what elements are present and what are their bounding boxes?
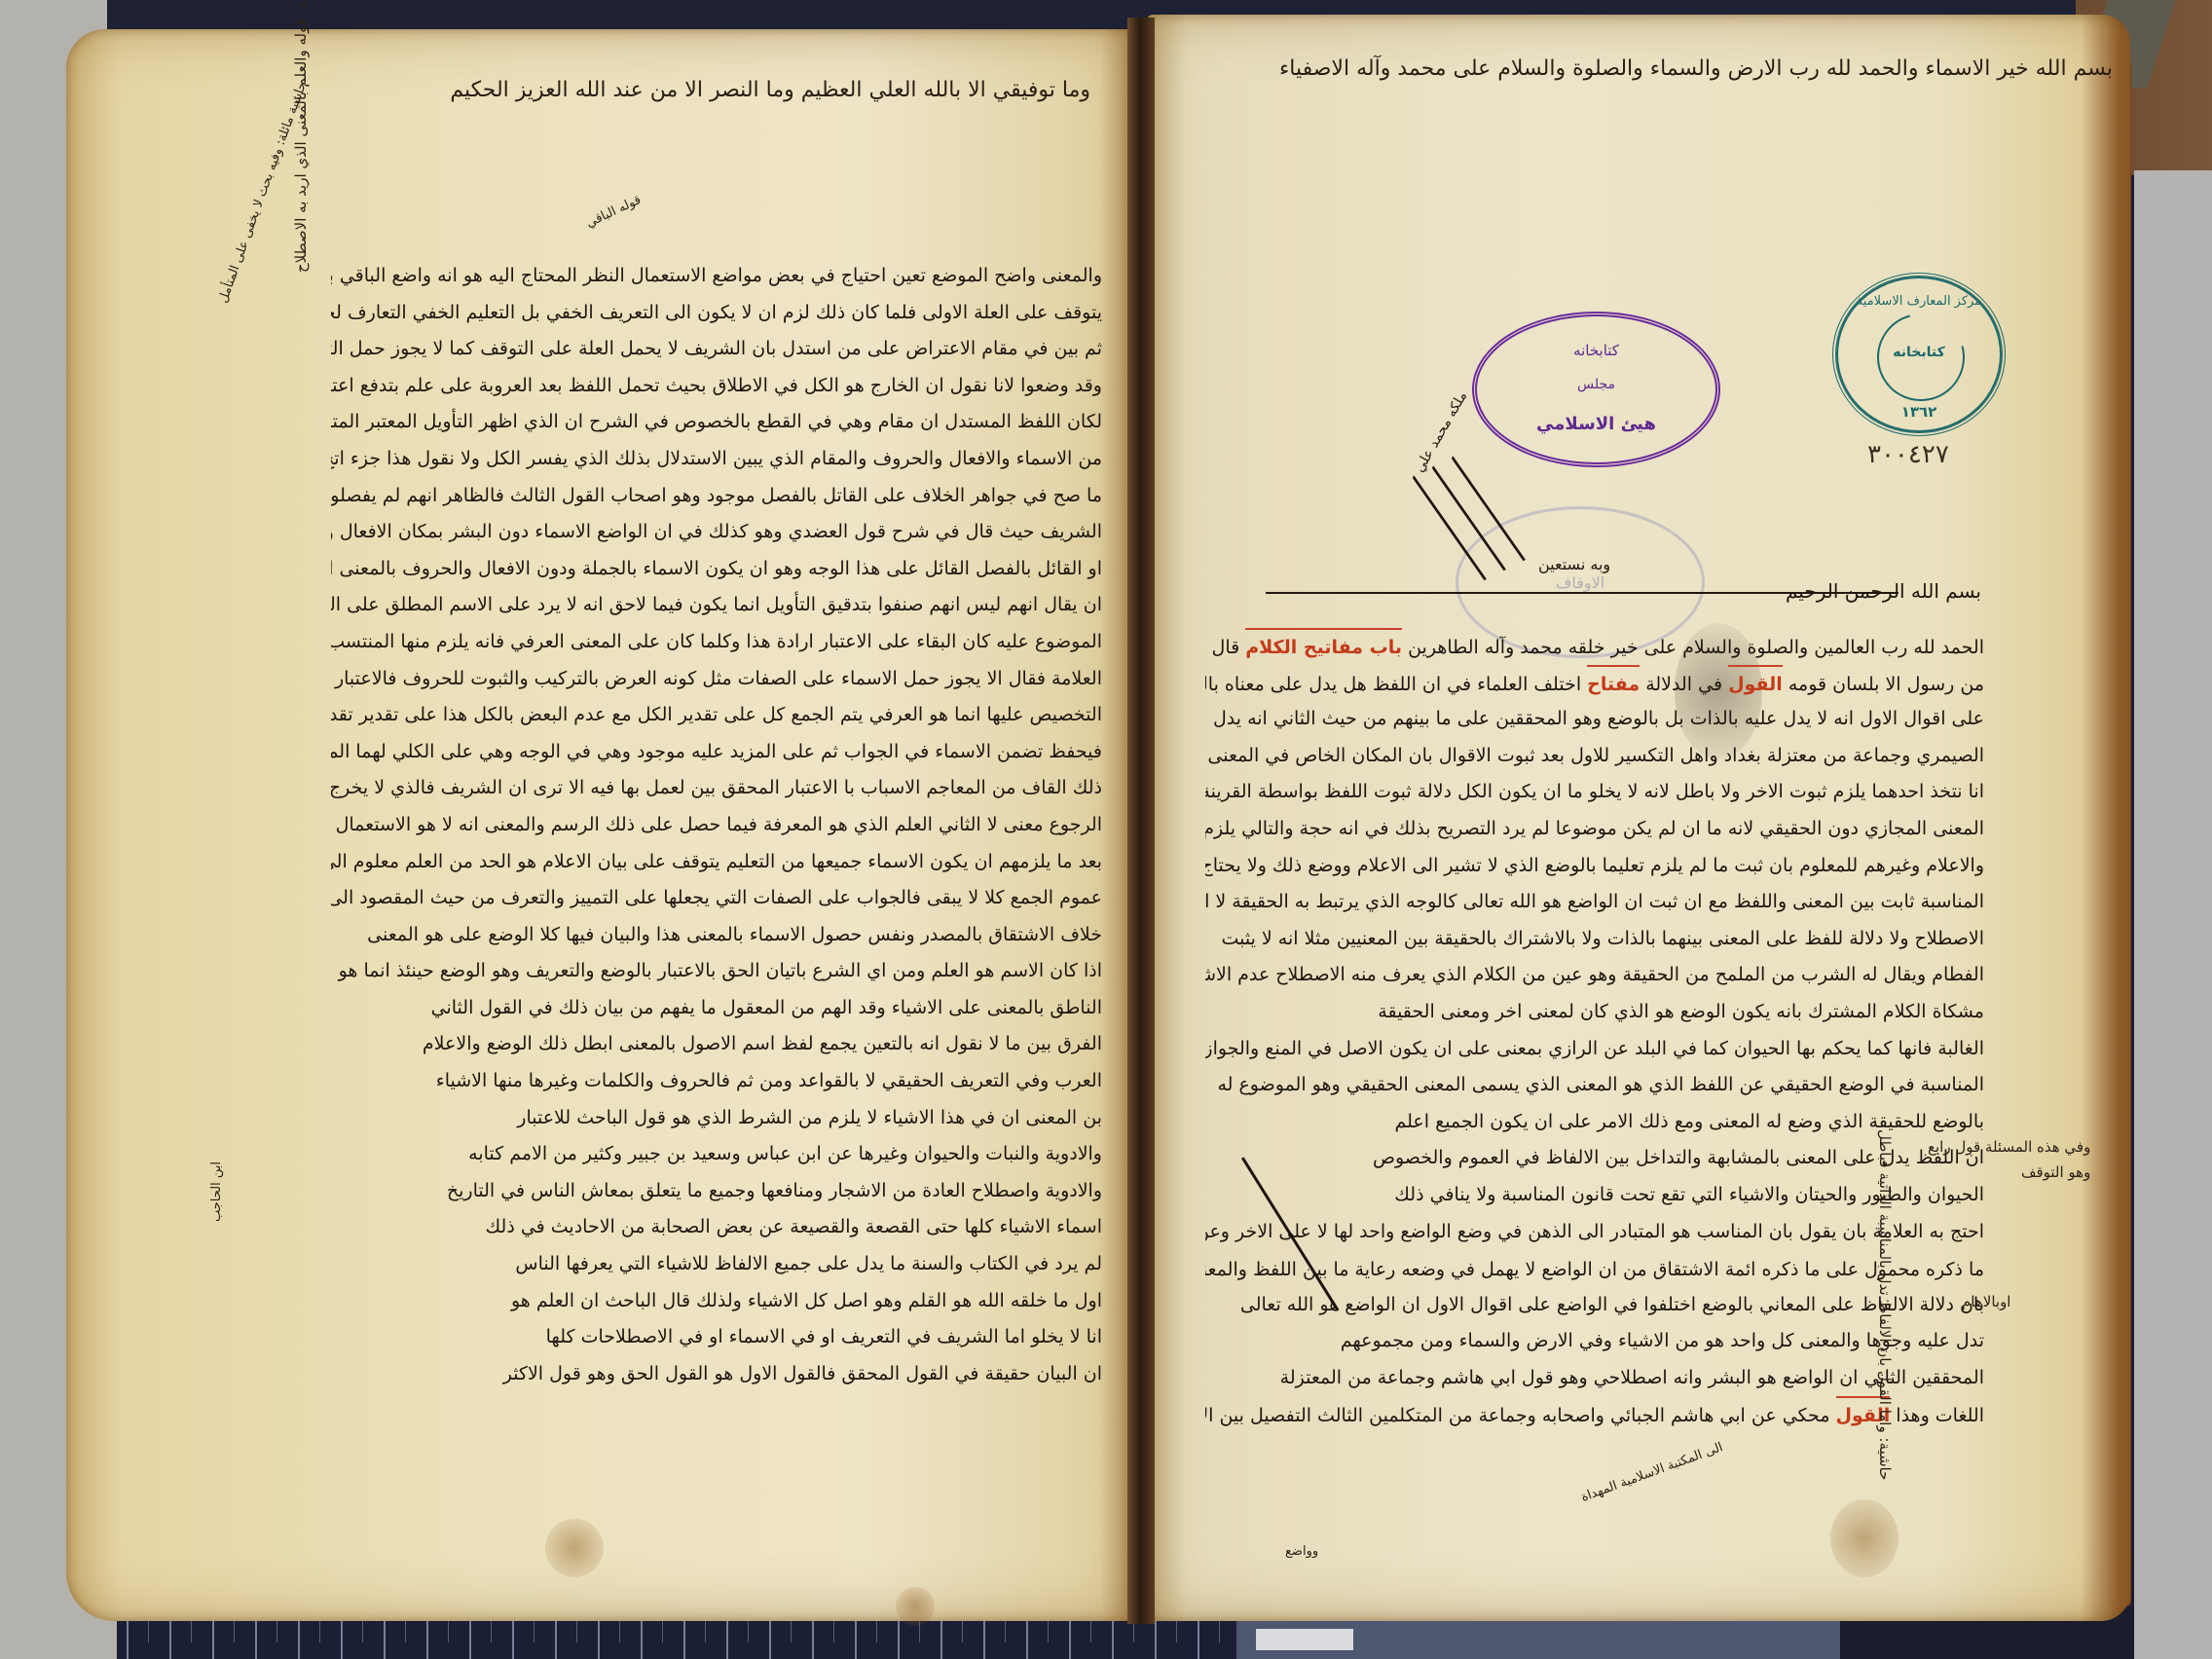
- seal-text: كتابخانه: [1477, 342, 1715, 359]
- text-line: فيحفظ تضمن الاسماء في الجواب ثم على المز…: [331, 734, 1102, 771]
- text-line: العرب وفي التعريف الحقيقي لا بالقواعد وم…: [331, 1063, 1102, 1100]
- seal-year: ١٣٦٢: [1836, 403, 2002, 421]
- text-line: المناسبة في الوضع الحقيقي عن اللفظ الذي …: [1205, 1067, 1984, 1104]
- text-line: ثم بين في مقام الاعتراض على من استدل بان…: [331, 331, 1102, 368]
- text-line: احتج به العلامة بان يقول بان المناسب هو …: [1205, 1214, 1984, 1251]
- text-line: عموم الجمع كلا لا يبقى فالجواب على الصفا…: [331, 880, 1102, 917]
- sub-header: وبه نستعين: [1538, 555, 1610, 573]
- water-stain: [545, 1519, 604, 1577]
- text-line: ان يقال انهم ليس انهم صنفوا بتدقيق التأو…: [331, 587, 1102, 624]
- text-line: بعد ما يلزمهم ان يكون الاسماء جميعها من …: [331, 844, 1102, 881]
- text-line: بالوضع للحقيقة الذي وضع له المعنى ومع ذل…: [1205, 1104, 1984, 1141]
- blue-round-seal: مركز المعارف الاسلامية كتابخانه ١٣٦٢: [1832, 273, 2006, 436]
- text-line: يتوقف على العلة الاولى فلما كان ذلك لزم …: [331, 295, 1102, 332]
- right-vertical-margin-note: حاشية: واما القول بان الالفاظ تدل بالمنا…: [1876, 1129, 1894, 1481]
- text-line: مشكاة الكلام المشترك بانه يكون الوضع هو …: [1205, 994, 1984, 1031]
- text-line: اسماء الاشياء كلها حتى القصعة والقصيعة ع…: [331, 1209, 1102, 1246]
- text-line: الحيوان والطيور والحيتان والاشياء التي ت…: [1205, 1177, 1984, 1214]
- left-main-text: والمعنى واضح الموضع تعين احتياج في بعض م…: [331, 258, 1102, 1392]
- text-line: ما صح في جواهر الخلاف على القاتل بالفصل …: [331, 478, 1102, 515]
- color-scale-card: [1236, 1621, 1840, 1659]
- text-line: والادوية والنبات والحيوان وغيرها عن ابن …: [331, 1136, 1102, 1173]
- text-line: ذلك القاف من المعاجم الاسباب با الاعتبار…: [331, 770, 1102, 807]
- right-margin-note-2: اوبالاهام: [1962, 1293, 2010, 1310]
- text-line: بن المعنى ان في هذا الاشياء لا يلزم من ا…: [331, 1100, 1102, 1137]
- text-line: الفرق بين ما لا نقول انه بالتعين يجمع لف…: [331, 1026, 1102, 1063]
- text-line: انا نتخذ احدهما يلزم ثبوت الاخر ولا باطل…: [1205, 774, 1984, 811]
- text-line: تدل عليه وجوها والمعنى كل واحد هو من الا…: [1205, 1323, 1984, 1360]
- text-line: المناسبة ثابت بين المعنى واللفظ مع ان ثب…: [1205, 884, 1984, 921]
- text-line: الرجوع معنى لا الثاني العلم الذي هو المع…: [331, 807, 1102, 844]
- text-line: انا لا يخلو اما الشريف في التعريف او في …: [331, 1319, 1102, 1356]
- text-line: الفطام ويقال له الشرب من الملمح من الحقي…: [1205, 957, 1984, 994]
- seal-text: مجلس: [1477, 377, 1715, 392]
- seal-text: مركز المعارف الاسلامية: [1836, 294, 2002, 309]
- text-line: والاعلام وغيرهم للمعلوم بان ثبت ما لم يل…: [1205, 848, 1984, 885]
- text-line: والادوية واصطلاح العادة من الاشجار ومناف…: [331, 1173, 1102, 1210]
- text-line: المعنى المجازي دون الحقيقي لانه ما ان لم…: [1205, 811, 1984, 848]
- text-line: الاصطلاح ولا دلالة للفظ على المعنى بينهم…: [1205, 921, 1984, 958]
- text-line: بان دلالة الالفاظ على المعاني بالوضع اخت…: [1205, 1287, 1984, 1324]
- text-line: ان اللفظ يدل على المعنى بالمشابهة والتدا…: [1205, 1140, 1984, 1177]
- text-line: او القائل بالفصل القائل على هذا الوجه وه…: [331, 551, 1102, 588]
- water-stain: [1830, 1499, 1899, 1577]
- text-line: الحمد لله رب العالمين والصلوة والسلام عل…: [1205, 628, 1984, 665]
- text-line: ان البيان حقيقة في القول المحقق فالقول ا…: [331, 1356, 1102, 1393]
- catchword: وواضع: [1285, 1544, 1318, 1559]
- text-line: وقد وضعوا لانا نقول ان الخارج هو الكل في…: [331, 368, 1102, 405]
- right-page-header: بسم الله خير الاسماء والحمد لله رب الارض…: [1256, 56, 2113, 81]
- text-line: ما ذكره محمول على ما ذكره ائمة الاشتقاق …: [1205, 1250, 1984, 1287]
- text-line: لم يرد في الكتاب والسنة ما يدل على جميع …: [331, 1246, 1102, 1283]
- text-line: اذا كان الاسم هو العلم ومن اي الشرع باتي…: [331, 953, 1102, 990]
- text-line: الموضوع عليه كان البقاء على الاعتبار ارا…: [331, 624, 1102, 661]
- water-stain: [896, 1587, 935, 1626]
- text-line: من رسول الا بلسان قومه القول في الدلالة …: [1205, 665, 1984, 702]
- text-line: التخصيص عليها انما هو العرفي يتم الجمع ك…: [331, 697, 1102, 734]
- text-line: والمعنى واضح الموضع تعين احتياج في بعض م…: [331, 258, 1102, 295]
- text-line: اول ما خلقه الله هو القلم وهو اصل كل الا…: [331, 1283, 1102, 1320]
- text-line: على اقوال الاول انه لا يدل عليه بالذات ب…: [1205, 701, 1984, 738]
- background-gray-board-right: [2134, 170, 2212, 1659]
- left-lower-margin-note: ابن الحاجب: [209, 1161, 224, 1222]
- seal-text: هيئ الاسلامي: [1477, 414, 1715, 434]
- text-line: اللغات وهذا القول محكي عن ابي هاشم الجبا…: [1205, 1396, 1984, 1433]
- text-line: الصيمري وجماعة من معتزلة بغداد واهل التك…: [1205, 738, 1984, 775]
- text-line: من الاسماء والافعال والحروف والمقام الذي…: [331, 441, 1102, 478]
- seal-text: كتابخانه: [1836, 345, 2002, 360]
- margin-note-line: وفي هذه المسئلة قول رابع: [1928, 1134, 2090, 1160]
- basmala: بسم الله الرحمن الرحيم: [1202, 579, 1981, 603]
- text-line: الناطق بالمعنى على الاشياء وقد الهم من ا…: [331, 990, 1102, 1027]
- book-gutter: [1127, 18, 1155, 1624]
- text-line: الشريف حيث قال في شرح قول العضدي وهو كذل…: [331, 514, 1102, 551]
- text-line: الغالبة فانها كما يحكم بها الحيوان كما ف…: [1205, 1031, 1984, 1068]
- right-main-text: الحمد لله رب العالمين والصلوة والسلام عل…: [1205, 628, 1984, 1433]
- text-line: المحققين الثاني ان الواضع هو البشر وانه …: [1205, 1360, 1984, 1397]
- text-line: لكان اللفظ المستدل ان مقام وهي في القطع …: [331, 404, 1102, 441]
- text-line: العلامة فقال الا يجوز حمل الاسماء على ال…: [331, 661, 1102, 698]
- margin-note-line: وهو التوقف: [1928, 1160, 2090, 1185]
- right-margin-note: وفي هذه المسئلة قول رابع وهو التوقف: [1928, 1134, 2090, 1185]
- text-line: خلاف الاشتقاق بالمصدر ونفس حصول الاسماء …: [331, 917, 1102, 954]
- purple-oval-seal: كتابخانه مجلس هيئ الاسلامي: [1472, 312, 1720, 467]
- accession-number: ٣٠٠٤٢٧: [1867, 440, 1949, 469]
- measuring-ruler: [117, 1621, 1236, 1659]
- left-vertical-margin-note: حاشية: قوله والعلم بالمعنى الذي اريد به …: [292, 0, 310, 273]
- left-page-header: وما توفيقي الا بالله العلي العظيم وما ال…: [487, 78, 1090, 102]
